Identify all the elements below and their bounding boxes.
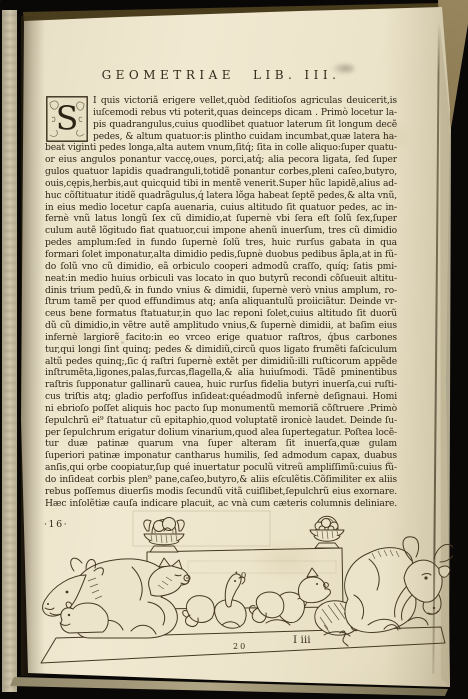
text-line: formari ſolet imponatur,alta dimidio ped… bbox=[45, 249, 397, 261]
text-line: dinis trium pedũ,& in fundo vnius & dimi… bbox=[45, 285, 397, 297]
basket-icon bbox=[310, 516, 344, 548]
text-line: inſtrumẽta,ligones,palas,furcas,flagella… bbox=[45, 367, 397, 379]
text-line: pedes amplum:ſed in fundo ſupernè ſolũ t… bbox=[45, 237, 397, 249]
text-line: do ſolũ vno cũ dimidio, eã orbiculo coop… bbox=[45, 261, 397, 273]
text-line: ouis,cępis,herbis,aut quicquid tibi in m… bbox=[45, 178, 397, 190]
text-line: tur,qui longi ſint quinq; pedes & dimidi… bbox=[45, 344, 397, 356]
sheep-icon bbox=[249, 592, 306, 625]
facing-page-edge bbox=[2, 10, 17, 692]
ink-smudge bbox=[331, 62, 355, 75]
text-line: rebus poſſemus diuerſis modis ſecundũ vi… bbox=[45, 486, 397, 498]
book-photo: GEOMETRIAELIB.III. S I quis victoriã eri… bbox=[0, 0, 468, 699]
text-line: iuſcemodi rebus vti poterit,quas deincep… bbox=[93, 107, 397, 119]
text-line: anſis,qui orbe coopiatur,ſup qué inuerta… bbox=[45, 462, 397, 474]
header-book: LIB. bbox=[253, 68, 296, 82]
text-line: ſepulchrũ ei⁹ ſtatuatur cũ epitaphio,quo… bbox=[45, 415, 397, 427]
ox-icon bbox=[345, 537, 453, 633]
text-line: beat viginti pedes longa,alta autem vnum… bbox=[45, 142, 397, 154]
text-line: cus triſtis atq; gladio perfoſſus inſide… bbox=[45, 391, 397, 403]
text-line: dũ cũ dimidio,in vẽtre autẽ amplitudo vn… bbox=[45, 320, 397, 332]
text-line: altũ pedes quinq;,ſic q́ raſtri ſupernè … bbox=[45, 356, 397, 368]
text-line: neat:in medio huius orbiculi vas locato … bbox=[45, 273, 397, 285]
text-line: pedes, & altum quatuor:is plintho cuidam… bbox=[93, 131, 397, 143]
quire-signature: I iii bbox=[293, 634, 311, 646]
text-line: gulos quatuor lapidis quadranguli,totidẽ… bbox=[45, 166, 397, 178]
text-line: tur duæ patinæ quarum vna ſuper alteram … bbox=[45, 438, 397, 450]
text-line: do inſideat corbis plen⁹ pane,caſeo,buty… bbox=[45, 474, 397, 486]
text-line: raſtris ſupponatur gallinarũ cauea, huic… bbox=[45, 379, 397, 391]
text-line: pis quadrangulus,cuius quodlibet quatuor… bbox=[93, 119, 397, 131]
basket-icon bbox=[144, 518, 184, 553]
text-line: ſtrum tamẽ per quod effundimus atq; anſa… bbox=[45, 296, 397, 308]
text-line: or eius angulos ponantur vaccę,oues, por… bbox=[45, 154, 397, 166]
text-line: per ſepulchrum erigatur dolium vinarium,… bbox=[45, 427, 397, 439]
text-line: I quis victoriã erigere vellet,quòd ſedi… bbox=[93, 95, 397, 107]
text-line: in eius medio locetur capſa auenaria, cu… bbox=[45, 202, 397, 214]
text-line: ni ebrioſo poſſet aliquis hoc pacto ſup … bbox=[45, 403, 397, 415]
body-text: I quis victoriã erigere vellet,quòd ſedi… bbox=[45, 95, 397, 510]
text-line: infernè largiorẽ facito:in eo vrceo erig… bbox=[45, 332, 397, 344]
paper-specks bbox=[0, 0, 1, 1]
woodcut-illustration: 10 bbox=[38, 505, 453, 675]
text-line: ſuperiori patinæ imponatur cantharus hum… bbox=[45, 450, 397, 462]
header-title: GEOMETRIAE bbox=[102, 68, 235, 82]
pig-icon bbox=[149, 558, 190, 596]
sheep-icon bbox=[215, 574, 246, 628]
text-line: fernè vnũ latus longũ ſex cũ dimidio,at … bbox=[45, 213, 397, 225]
text-line: culum autẽ lõgitudo fiat quatuor,cui imp… bbox=[45, 225, 397, 237]
text-line: huc cõſtituatur itidẽ quadrãgulus,q́ lat… bbox=[45, 190, 397, 202]
sheep-icon bbox=[60, 602, 108, 633]
text-line: ceus bene formatus ſtatuatur,in quo lac … bbox=[45, 308, 397, 320]
sheep-icon bbox=[183, 596, 215, 627]
plinth-label: 20 bbox=[233, 642, 247, 651]
